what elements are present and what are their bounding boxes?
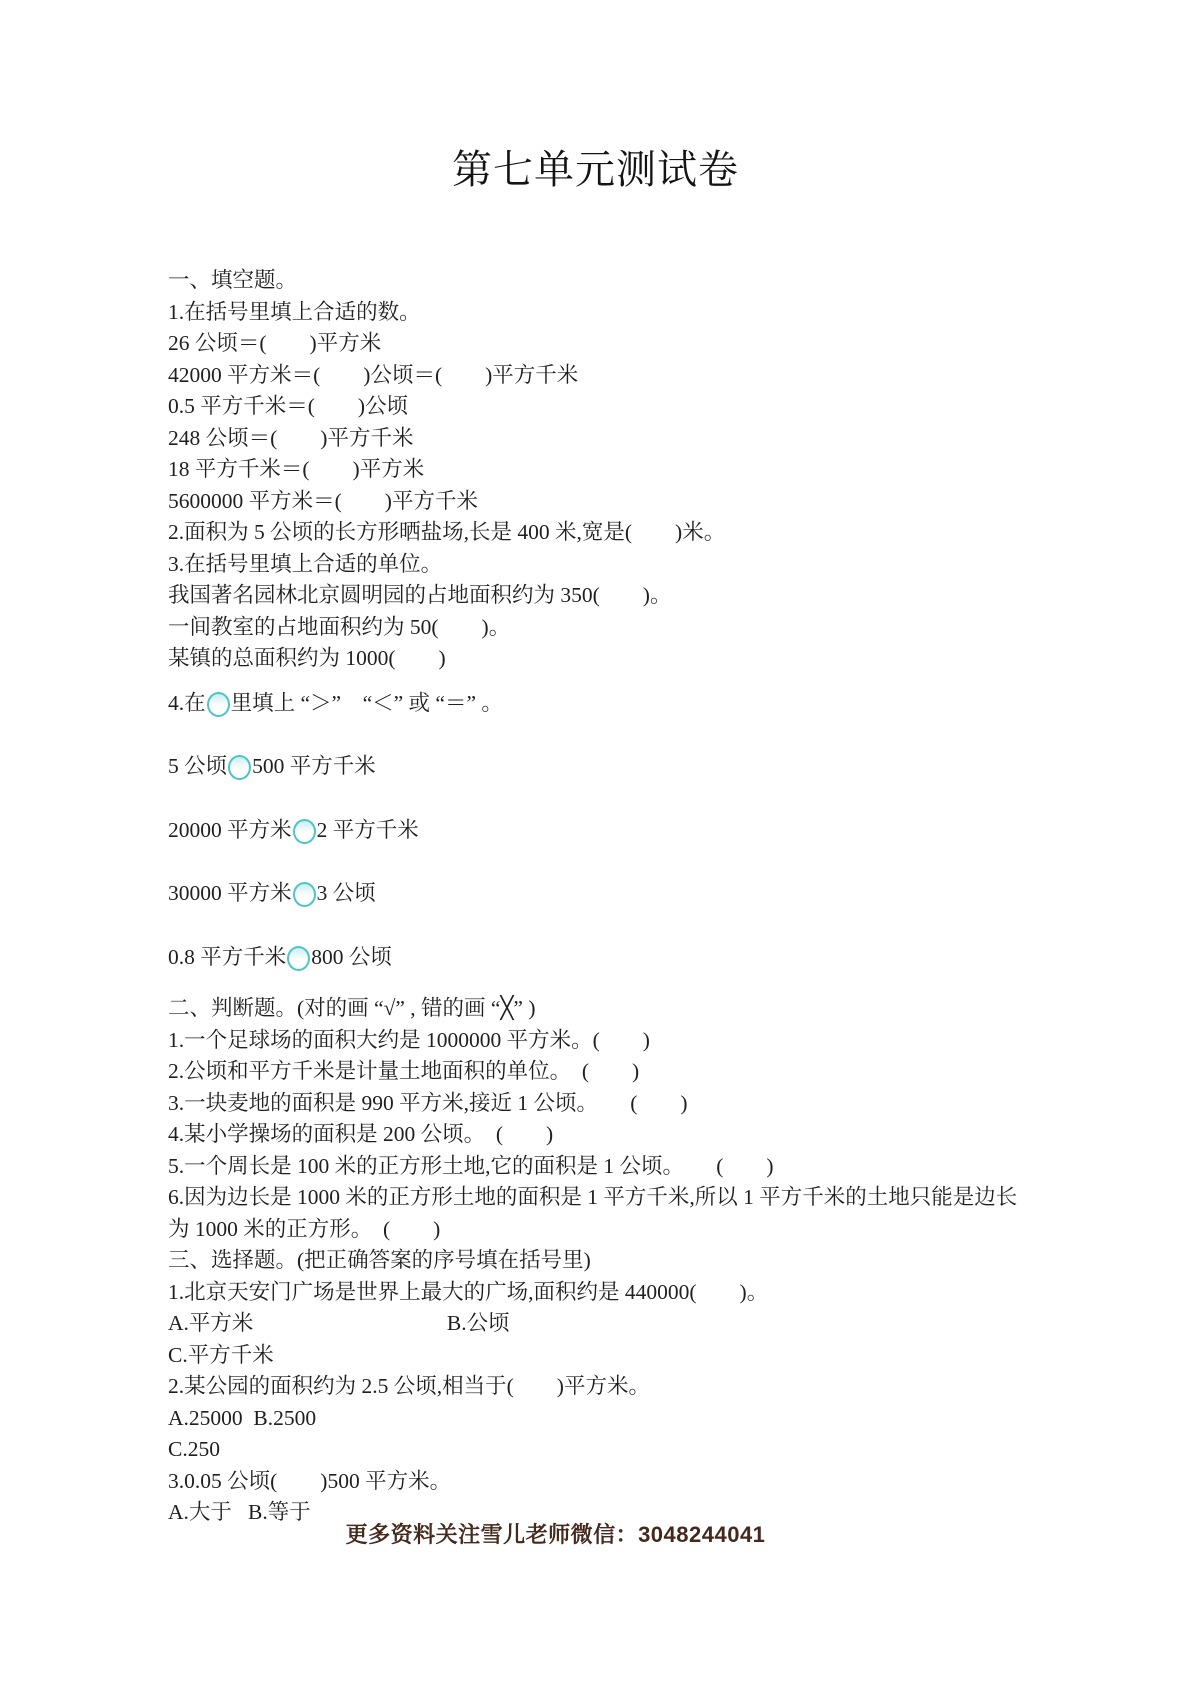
- text-line: 一间教室的占地面积约为 50( )。: [168, 612, 1091, 644]
- section-true-false: 二、判断题。(对的画 “√” , 错的画 “╳” )1.一个足球场的面积大约是 …: [168, 993, 1091, 1245]
- text-line: 3.一块麦地的面积是 990 平方米,接近 1 公顷。 ( ): [168, 1088, 1091, 1120]
- comparison-circle-icon: [293, 819, 316, 844]
- text-line: C.250: [168, 1434, 1091, 1466]
- footer-note: 更多资料关注雪儿老师微信：3048244041: [0, 1520, 1151, 1550]
- text-line: 一、填空题。: [168, 265, 1091, 297]
- text-line: 3.在括号里填上合适的单位。: [168, 549, 1091, 581]
- text-line: 1.在括号里填上合适的数。: [168, 297, 1091, 329]
- text-line: 248 公顷＝( )平方千米: [168, 423, 1091, 455]
- text-line: 20000 平方米2 平方千米: [168, 815, 1091, 847]
- section-multiple-choice: 三、选择题。(把正确答案的序号填在括号里)1.北京天安门广场是世界上最大的广场,…: [168, 1245, 1091, 1529]
- text-line: 为 1000 米的正方形。 ( ): [168, 1214, 1091, 1246]
- text-line: 1.北京天安门广场是世界上最大的广场,面积约是 440000( )。: [168, 1277, 1091, 1309]
- page-title: 第七单元测试卷: [0, 0, 1191, 194]
- text-line: 三、选择题。(把正确答案的序号填在括号里): [168, 1245, 1091, 1277]
- text-line: 1.一个足球场的面积大约是 1000000 平方米。( ): [168, 1025, 1091, 1057]
- text-line: 4.在里填上 “＞” “＜” 或 “＝” 。: [168, 688, 1091, 720]
- text-line: 6.因为边长是 1000 米的正方形土地的面积是 1 平方千米,所以 1 平方千…: [168, 1182, 1091, 1214]
- text-line: 42000 平方米＝( )公顷＝( )平方千米: [168, 360, 1091, 392]
- text-line: 我国著名园林北京圆明园的占地面积约为 350( )。: [168, 580, 1091, 612]
- worksheet-body: 一、填空题。1.在括号里填上合适的数。26 公顷＝( )平方米42000 平方米…: [168, 265, 1091, 1529]
- text-line: 某镇的总面积约为 1000( ): [168, 643, 1091, 675]
- text-line: A.25000 B.2500: [168, 1403, 1091, 1435]
- text-line: 5600000 平方米＝( )平方千米: [168, 486, 1091, 518]
- text-line: 0.8 平方千米800 公顷: [168, 942, 1091, 974]
- text-line: 30000 平方米3 公顷: [168, 878, 1091, 910]
- section-fill-in-blanks: 一、填空题。1.在括号里填上合适的数。26 公顷＝( )平方米42000 平方米…: [168, 265, 1091, 973]
- worksheet-page: 第七单元测试卷 一、填空题。1.在括号里填上合适的数。26 公顷＝( )平方米4…: [0, 0, 1191, 1684]
- text-line: 二、判断题。(对的画 “√” , 错的画 “╳” ): [168, 993, 1091, 1025]
- text-line: 3.0.05 公顷( )500 平方米。: [168, 1466, 1091, 1498]
- comparison-circle-icon: [207, 692, 230, 717]
- text-line: 4.某小学操场的面积是 200 公顷。 ( ): [168, 1119, 1091, 1151]
- text-line: 2.面积为 5 公顷的长方形晒盐场,长是 400 米,宽是( )米。: [168, 517, 1091, 549]
- comparison-circle-icon: [228, 755, 251, 780]
- text-line: 2.某公园的面积约为 2.5 公顷,相当于( )平方米。: [168, 1371, 1091, 1403]
- text-line: 2.公顷和平方千米是计量土地面积的单位。 ( ): [168, 1056, 1091, 1088]
- text-line: C.平方千米: [168, 1340, 1091, 1372]
- text-line: 5 公顷500 平方千米: [168, 751, 1091, 783]
- text-line: 0.5 平方千米＝( )公顷: [168, 391, 1091, 423]
- text-line: 18 平方千米＝( )平方米: [168, 454, 1091, 486]
- comparison-circle-icon: [293, 882, 316, 907]
- text-line: A.平方米 B.公顷: [168, 1308, 1091, 1340]
- text-line: 26 公顷＝( )平方米: [168, 328, 1091, 360]
- comparison-circle-icon: [287, 946, 310, 971]
- text-line: 5.一个周长是 100 米的正方形土地,它的面积是 1 公顷。 ( ): [168, 1151, 1091, 1183]
